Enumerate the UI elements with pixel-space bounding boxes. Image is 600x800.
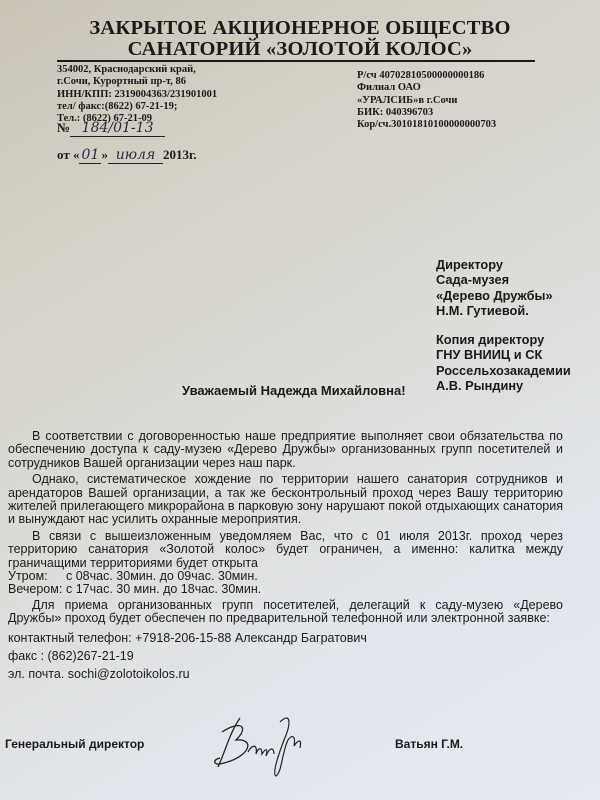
salutation: Уважаемый Надежда Михайловна! xyxy=(182,383,406,398)
tax-id-line: ИНН/КПП: 2319004363/231901001 xyxy=(57,89,217,101)
schedule-label: Вечером: xyxy=(8,583,66,596)
handwritten-signature-icon xyxy=(200,712,320,782)
date-prefix: от « xyxy=(57,147,79,162)
addressee-line: «Дерево Дружбы» xyxy=(436,288,571,303)
bank-line: Р/сч 40702810500000000186 xyxy=(357,70,496,82)
contact-email: эл. почта. sochi@zolotoikolos.ru xyxy=(8,665,563,683)
address-line: г.Сочи, Курортный пр-т, 86 xyxy=(57,76,217,88)
date-year: 2013г. xyxy=(163,147,197,162)
copy-line: Копия директору xyxy=(436,332,571,347)
paragraph: В связи с вышеизложенным уведомляем Вас,… xyxy=(8,530,563,570)
handwritten-day: 01 xyxy=(79,147,101,164)
schedule-label: Утром: xyxy=(8,570,66,583)
fax-line: тел/ факс:(8622) 67-21-19; xyxy=(57,101,217,113)
schedule-time: с 17час. 30 мин. до 18час. 30мин. xyxy=(66,582,261,596)
bank-details-block: Р/сч 40702810500000000186 Филиал ОАО «УР… xyxy=(357,70,496,131)
contact-phone: контактный телефон: +7918-206-15-88 Алек… xyxy=(8,629,563,647)
bank-line: БИК: 040396703 xyxy=(357,107,496,119)
handwritten-month: июля xyxy=(108,147,163,164)
paragraph: Однако, систематическое хождение по терр… xyxy=(8,473,563,527)
reference-number: №184/01-13 xyxy=(57,120,165,137)
number-prefix: № xyxy=(57,120,70,135)
reference-date: от «01»июля2013г. xyxy=(57,147,197,164)
signatory-title: Генеральный директор xyxy=(5,737,144,751)
bank-line: Филиал ОАО xyxy=(357,82,496,94)
letter-body: В соответствии с договоренностью наше пр… xyxy=(8,430,563,683)
addressee-line: Сада-музея xyxy=(436,272,571,287)
company-address-block: 354002, Краснодарский край, г.Сочи, Куро… xyxy=(57,64,217,125)
address-line: 354002, Краснодарский край, xyxy=(57,64,217,76)
schedule-morning: Утром:с 08час. 30мин. до 09час. 30мин. xyxy=(8,570,563,583)
schedule-time: с 08час. 30мин. до 09час. 30мин. xyxy=(66,569,258,583)
schedule-evening: Вечером:с 17час. 30 мин. до 18час. 30мин… xyxy=(8,583,563,596)
paragraph: Для приема организованных групп посетите… xyxy=(8,599,563,626)
signatory-name: Ватьян Г.М. xyxy=(395,737,463,751)
header-rule xyxy=(57,60,535,62)
addressee-line: Директору xyxy=(436,257,571,272)
bank-line: «УРАЛСИБ»в г.Сочи xyxy=(357,95,496,107)
contact-fax: факс : (862)267-21-19 xyxy=(8,647,563,665)
copy-line: Россельхозакадемии xyxy=(436,363,571,378)
org-title-line2: САНАТОРИЙ «ЗОЛОТОЙ КОЛОС» xyxy=(0,38,600,60)
addressee-block: Директору Сада-музея «Дерево Дружбы» Н.М… xyxy=(436,257,571,393)
bank-line: Кор/сч.30101810100000000703 xyxy=(357,119,496,131)
paragraph: В соответствии с договоренностью наше пр… xyxy=(8,430,563,470)
handwritten-number: 184/01-13 xyxy=(70,120,165,137)
addressee-line: Н.М. Гутиевой. xyxy=(436,303,571,318)
copy-line: А.В. Рындину xyxy=(436,378,571,393)
org-title-line1: ЗАКРЫТОЕ АКЦИОНЕРНОЕ ОБЩЕСТВО xyxy=(0,17,600,39)
copy-line: ГНУ ВНИИЦ и СК xyxy=(436,347,571,362)
